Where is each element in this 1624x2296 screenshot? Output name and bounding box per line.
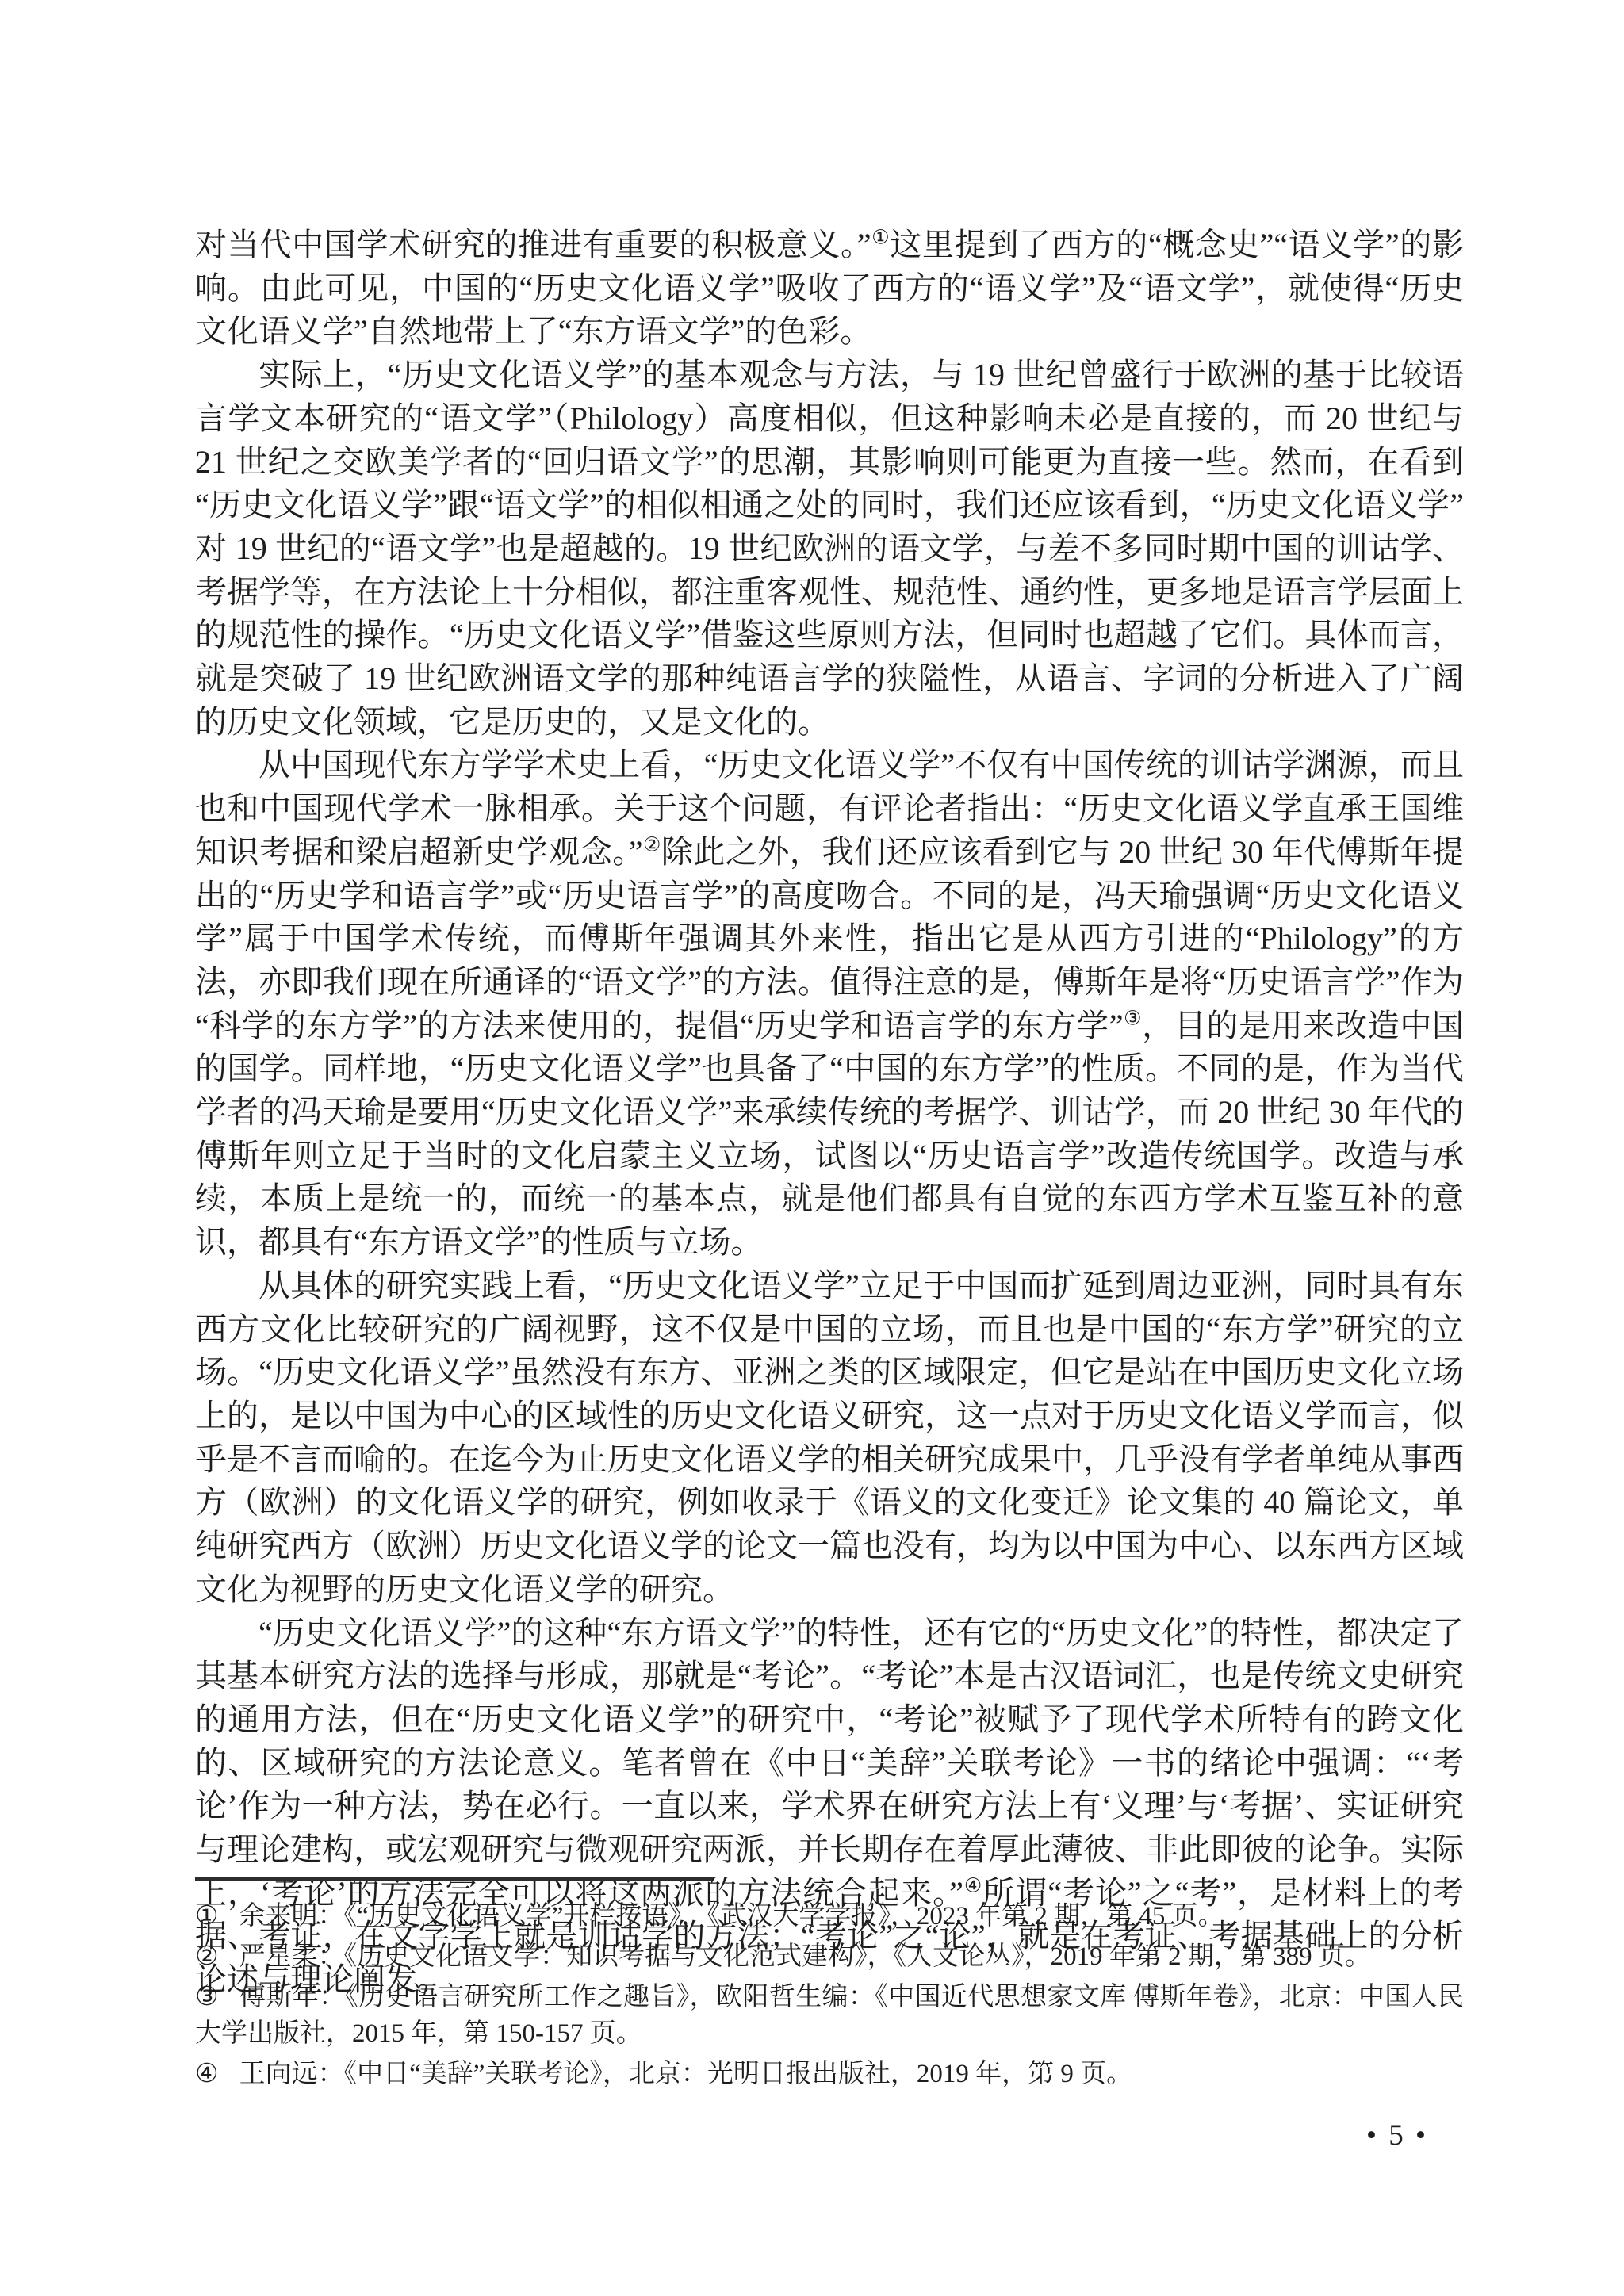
document-page: 对当代中国学术研究的推进有重要的积极意义。”①这里提到了西方的“概念史”“语义学…	[0, 0, 1624, 2296]
text-run: ，目的是用来改造中国的国学。同样地，“历史文化语义学”也具备了“中国的东方学”的…	[195, 1008, 1464, 1261]
paragraph: 实际上，“历史文化语义学”的基本观念与方法，与 19 世纪曾盛行于欧洲的基于比较…	[195, 354, 1464, 744]
paragraph: 对当代中国学术研究的推进有重要的积极意义。”①这里提到了西方的“概念史”“语义学…	[195, 224, 1464, 354]
footnote-marker: ②	[195, 1938, 219, 1975]
footnote-item: ③傅斯年：《历史语言研究所工作之趣旨》，欧阳哲生编：《中国近代思想家文库 傅斯年…	[195, 1979, 1464, 2052]
text-run: “历史文化语义学”的这种“东方语文学”的特性，还有它的“历史文化”的特性，都决定…	[195, 1615, 1464, 1911]
footnote-marker: ③	[195, 1979, 219, 2015]
footnote-text: 严星柔：《历史文化语义学：知识考据与文化范式建构》，《人文论丛》，2019 年第…	[239, 1942, 1371, 1971]
text-run: 从具体的研究实践上看，“历史文化语义学”立足于中国而扩延到周边亚洲，同时具有东西…	[195, 1268, 1464, 1607]
paragraph: 从中国现代东方学学术史上看，“历史文化语义学”不仅有中国传统的训诂学渊源，而且也…	[195, 744, 1464, 1264]
footnote-item: ④王向远：《中日“美辞”关联考论》，北京：光明日报出版社，2019 年，第 9 …	[195, 2056, 1464, 2092]
footnote-text: 傅斯年：《历史语言研究所工作之趣旨》，欧阳哲生编：《中国近代思想家文库 傅斯年卷…	[195, 1983, 1464, 2048]
body-text: 对当代中国学术研究的推进有重要的积极意义。”①这里提到了西方的“概念史”“语义学…	[195, 224, 1464, 2002]
footnote-marker: ①	[195, 1898, 219, 1934]
footnote-marker: ④	[195, 2056, 219, 2092]
footnote-text: 王向远：《中日“美辞”关联考论》，北京：光明日报出版社，2019 年，第 9 页…	[239, 2060, 1133, 2088]
footnote-list: ①余来明：《“历史文化语义学”开栏按语》，《武汉大学学报》，2023 年第 2 …	[195, 1898, 1464, 2092]
footnote-item: ②严星柔：《历史文化语义学：知识考据与文化范式建构》，《人文论丛》，2019 年…	[195, 1938, 1464, 1975]
text-run: 对当代中国学术研究的推进有重要的积极意义。”	[195, 227, 871, 262]
footnote-item: ①余来明：《“历史文化语义学”开栏按语》，《武汉大学学报》，2023 年第 2 …	[195, 1898, 1464, 1934]
footnote-ref: ③	[1123, 1008, 1142, 1029]
footnote-separator	[195, 1877, 712, 1881]
footnote-text: 余来明：《“历史文化语义学”开栏按语》，《武汉大学学报》，2023 年第 2 期…	[239, 1902, 1224, 1931]
page-number: • 5 •	[1358, 2118, 1437, 2152]
footnote-ref: ①	[871, 228, 891, 249]
footnotes-section: ①余来明：《“历史文化语义学”开栏按语》，《武汉大学学报》，2023 年第 2 …	[195, 1877, 1464, 2096]
paragraph: 从具体的研究实践上看，“历史文化语义学”立足于中国而扩延到周边亚洲，同时具有东西…	[195, 1265, 1464, 1612]
footnote-ref: ②	[643, 835, 661, 856]
text-run: 实际上，“历史文化语义学”的基本观念与方法，与 19 世纪曾盛行于欧洲的基于比较…	[195, 357, 1464, 740]
